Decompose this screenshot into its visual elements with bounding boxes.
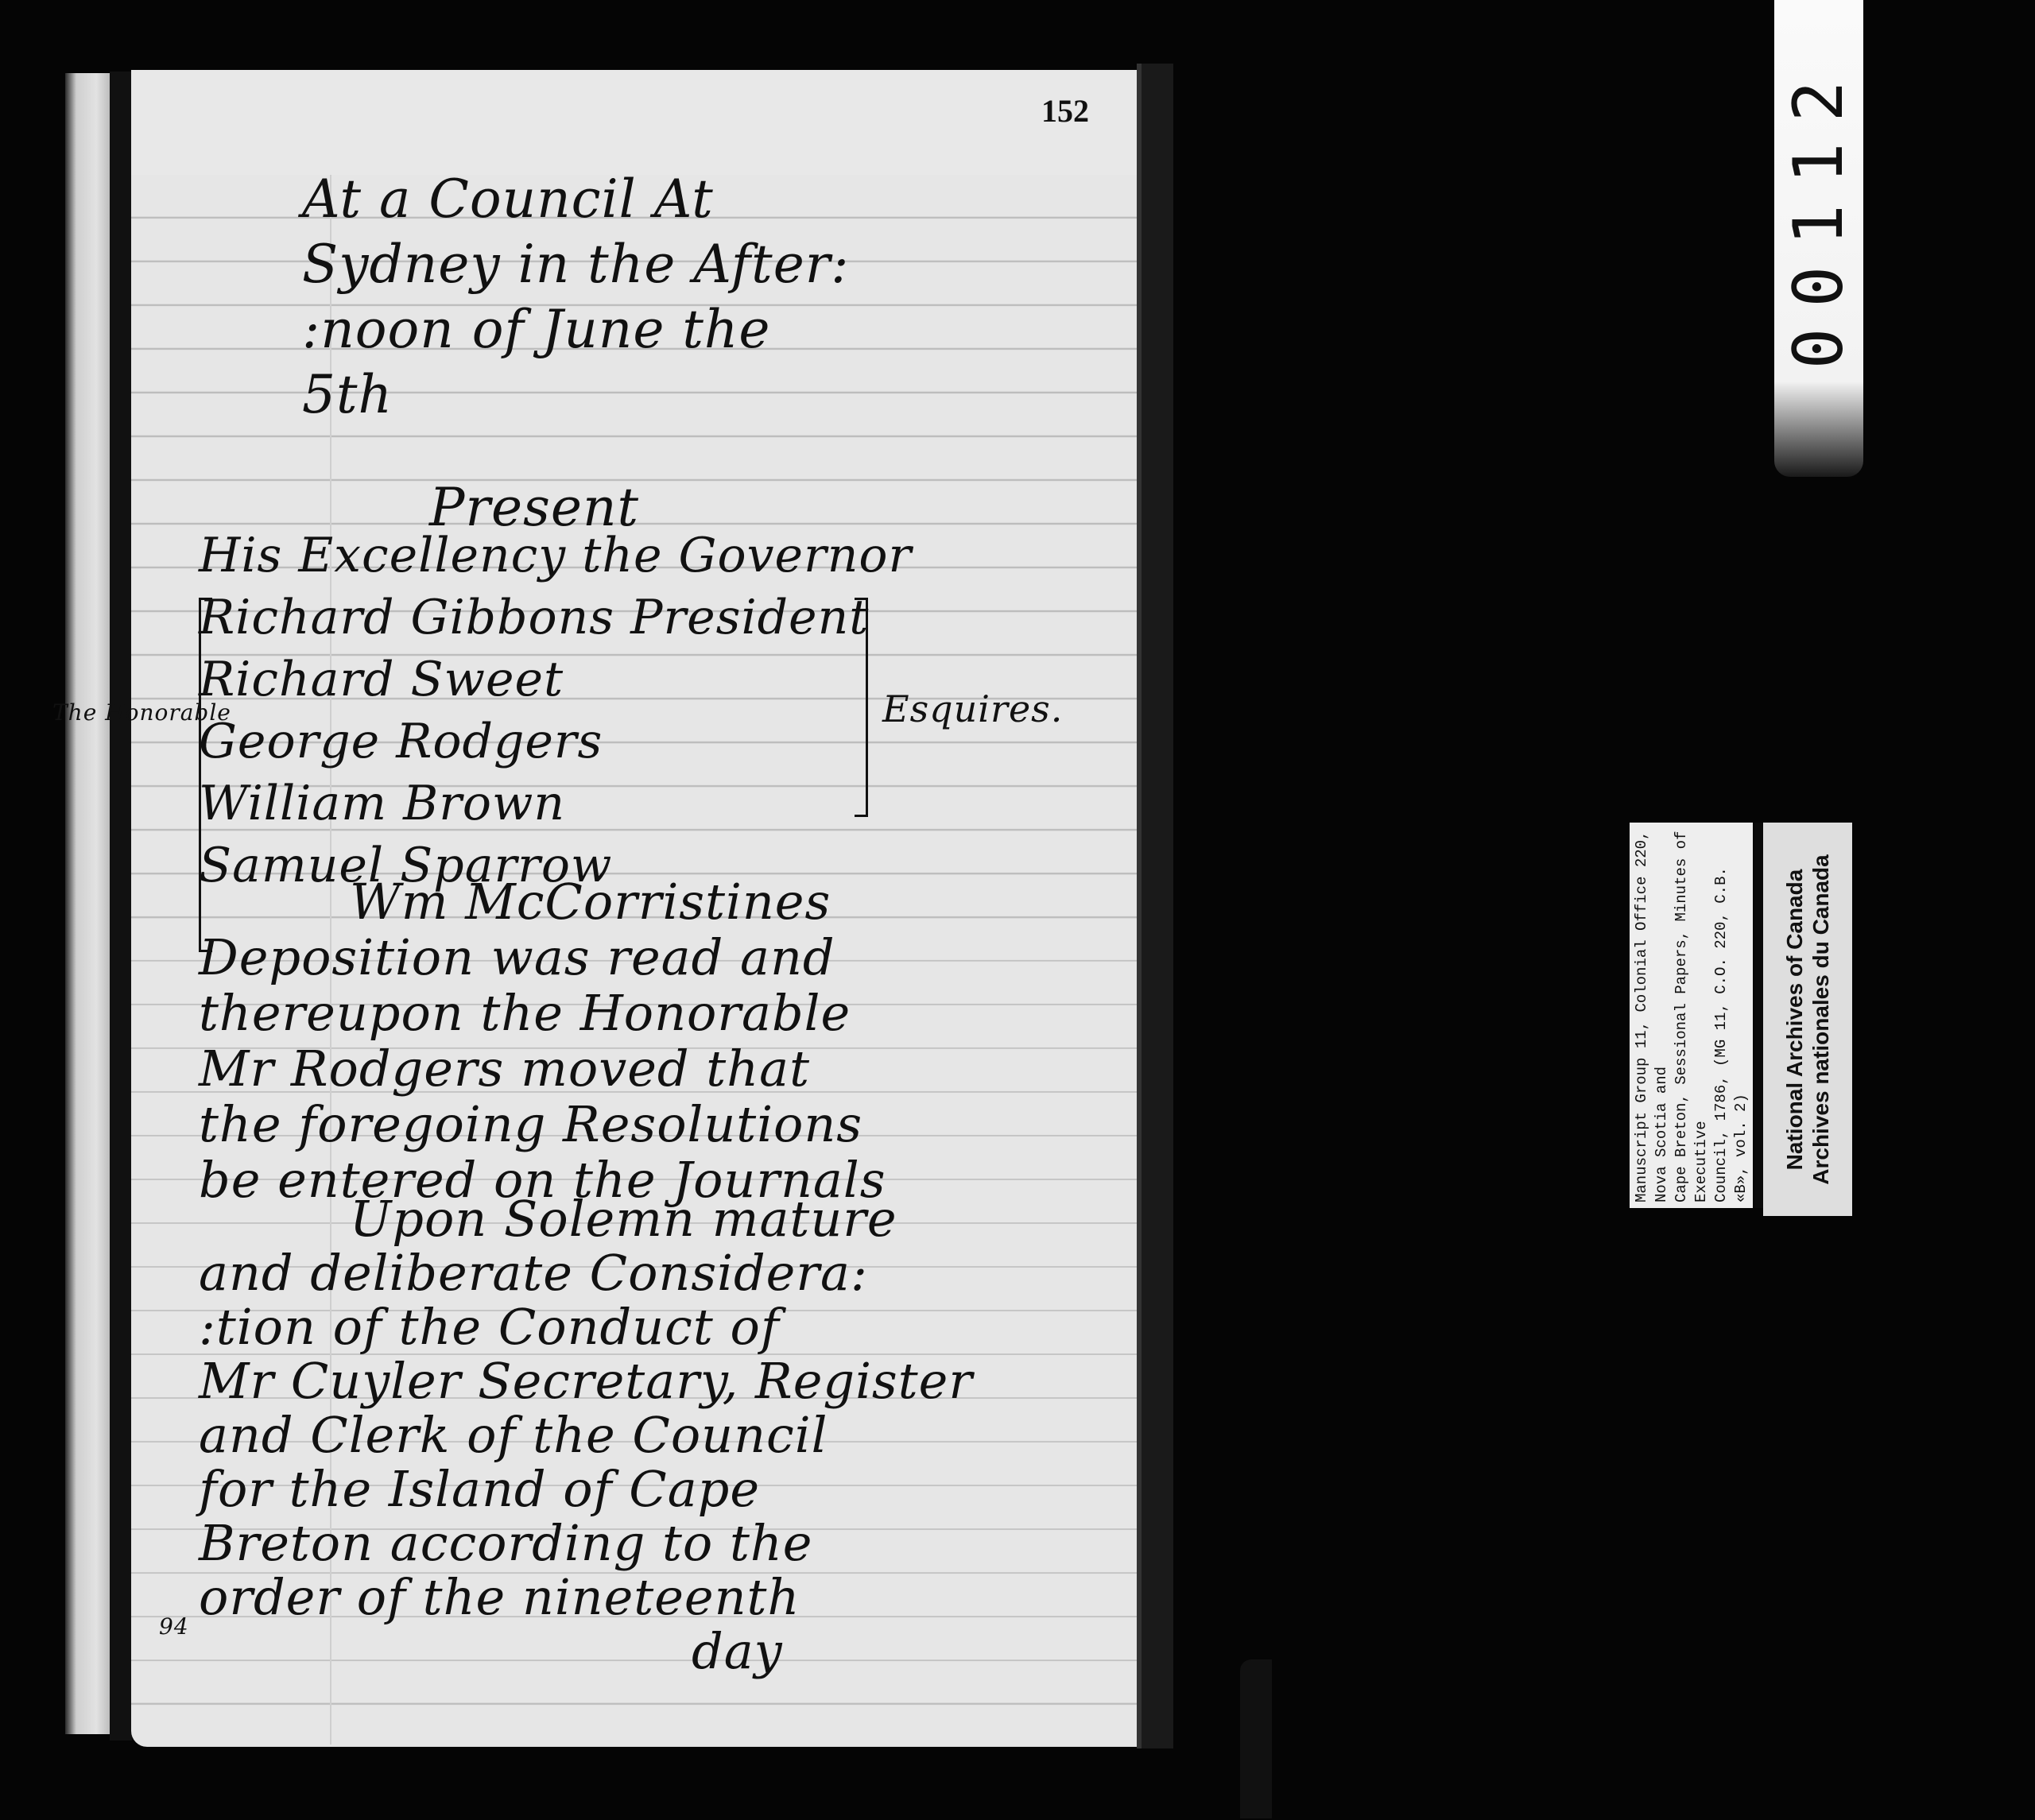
heading-line: Sydney in the After: [302, 232, 850, 297]
attendee: William Brown [199, 773, 912, 834]
attendee: His Excellency the Governor [199, 525, 912, 587]
text-line: day [199, 1624, 973, 1679]
archive-name-fr: Archives nationales du Canada [1808, 829, 1834, 1210]
binding-edge [1137, 64, 1173, 1748]
page-corner-tab [1240, 1659, 1272, 1818]
archive-label: National Archives of Canada Archives nat… [1763, 823, 1852, 1216]
text-line: :tion of the Conduct of [199, 1300, 973, 1354]
page-number: 152 [1041, 92, 1089, 130]
archive-name: National Archives of Canada Archives nat… [1781, 829, 1834, 1210]
right-brace [855, 598, 868, 817]
deposition-paragraph: Wm McCorristines Deposition was read and… [199, 874, 886, 1208]
esquires-note: Esquires. [882, 687, 1063, 730]
text-line: order of the nineteenth [199, 1570, 973, 1624]
text-line: and deliberate Considera: [199, 1246, 973, 1300]
text-line: and Clerk of the Council [199, 1408, 973, 1462]
heading-line: :noon of June the [302, 297, 850, 362]
consideration-paragraph: Upon Solemn mature and deliberate Consid… [199, 1192, 973, 1679]
text-line: thereupon the Honorable [199, 986, 886, 1041]
heading-line: 5th [302, 362, 850, 428]
page-gutter [110, 72, 132, 1741]
text-line: Wm McCorristines [199, 874, 886, 930]
text-line: Upon Solemn mature [199, 1192, 973, 1246]
text-line: Breton according to the [199, 1516, 973, 1570]
text-line: Mr Cuyler Secretary, Register [199, 1354, 973, 1408]
frame-number: 00112 [1779, 60, 1859, 370]
text-line: Mr Rodgers moved that [199, 1041, 886, 1097]
attendee: Richard Sweet [199, 649, 912, 711]
council-heading: At a Council At Sydney in the After: :no… [302, 167, 850, 428]
archive-name-en: National Archives of Canada [1781, 829, 1808, 1210]
text-line: the foregoing Resolutions [199, 1097, 886, 1152]
attendee: George Rodgers [199, 711, 912, 773]
citation-label: Manuscript Group 11, Colonial Office 220… [1630, 823, 1753, 1208]
text-line: for the Island of Cape [199, 1462, 973, 1516]
heading-line: At a Council At [302, 167, 850, 232]
frame-counter-strip: 00112 [1774, 0, 1863, 477]
adjacent-page-edge [65, 73, 110, 1734]
attendee: Richard Gibbons President [199, 587, 912, 649]
honorable-margin-note: The Honorable [52, 699, 231, 726]
citation-text: Manuscript Group 11, Colonial Office 220… [1632, 829, 1751, 1202]
attendee-roster: His Excellency the Governor Richard Gibb… [199, 525, 912, 896]
text-line: Deposition was read and [199, 930, 886, 986]
folio-note: 94 [159, 1613, 189, 1640]
